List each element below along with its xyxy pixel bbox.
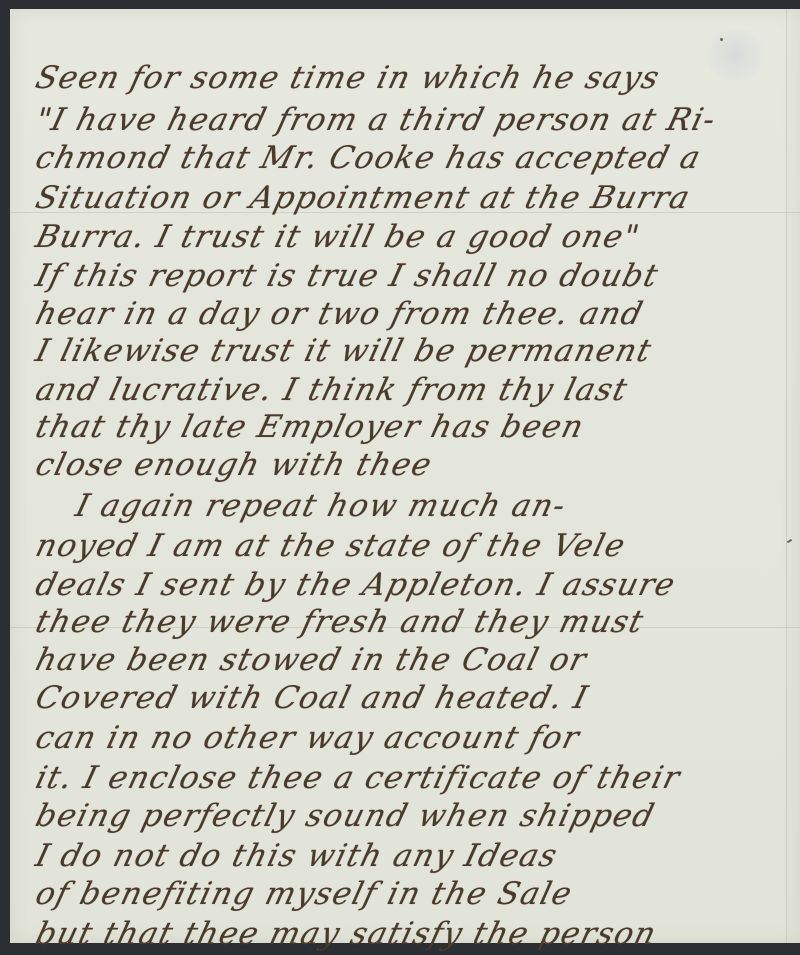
handwritten-line: have been stowed in the Coal or bbox=[32, 642, 591, 678]
scanner-background: Seen for some time in which he says "I h… bbox=[0, 0, 800, 955]
handwritten-line: that thy late Employer has been bbox=[32, 409, 588, 445]
handwritten-line: hear in a day or two from thee. and bbox=[32, 296, 647, 332]
handwritten-line-paragraph-start: I again repeat how much an- bbox=[72, 488, 570, 524]
handwritten-line: I do not do this with any Ideas bbox=[32, 838, 562, 874]
handwritten-line: being perfectly sound when shipped bbox=[32, 798, 659, 834]
handwritten-line: it. I enclose thee a certificate of thei… bbox=[32, 760, 685, 796]
handwritten-line: Situation or Appointment at the Burra bbox=[32, 180, 694, 216]
handwritten-line: and lucrative. I think from thy last bbox=[32, 372, 632, 408]
handwritten-line: Seen for some time in which he says bbox=[32, 60, 664, 96]
handwritten-line: noyed I am at the state of the Vele bbox=[32, 528, 630, 564]
handwritten-line: Burra. I trust it will be a good one" bbox=[32, 219, 644, 255]
handwritten-line: thee they were fresh and they must bbox=[32, 604, 648, 640]
paper-speck bbox=[720, 38, 723, 41]
handwritten-line: deals I sent by the Appleton. I assure bbox=[32, 567, 680, 603]
page-edge-crease bbox=[786, 9, 787, 943]
paper-watermark-emboss bbox=[705, 29, 765, 81]
handwritten-line: Covered with Coal and heated. I bbox=[32, 680, 592, 716]
handwritten-line: chmond that Mr. Cooke has accepted a bbox=[32, 140, 705, 176]
handwritten-line: of benefiting myself in the Sale bbox=[32, 876, 576, 912]
handwritten-line: can in no other way account for bbox=[32, 720, 584, 756]
handwritten-line: If this report is true I shall no doubt bbox=[32, 258, 663, 294]
handwritten-line: close enough with thee bbox=[32, 447, 436, 483]
handwritten-line: I likewise trust it will be permanent bbox=[32, 333, 656, 369]
handwritten-line: "I have heard from a third person at Ri- bbox=[32, 102, 720, 138]
handwritten-line: but that thee may satisfy the person bbox=[32, 916, 661, 952]
